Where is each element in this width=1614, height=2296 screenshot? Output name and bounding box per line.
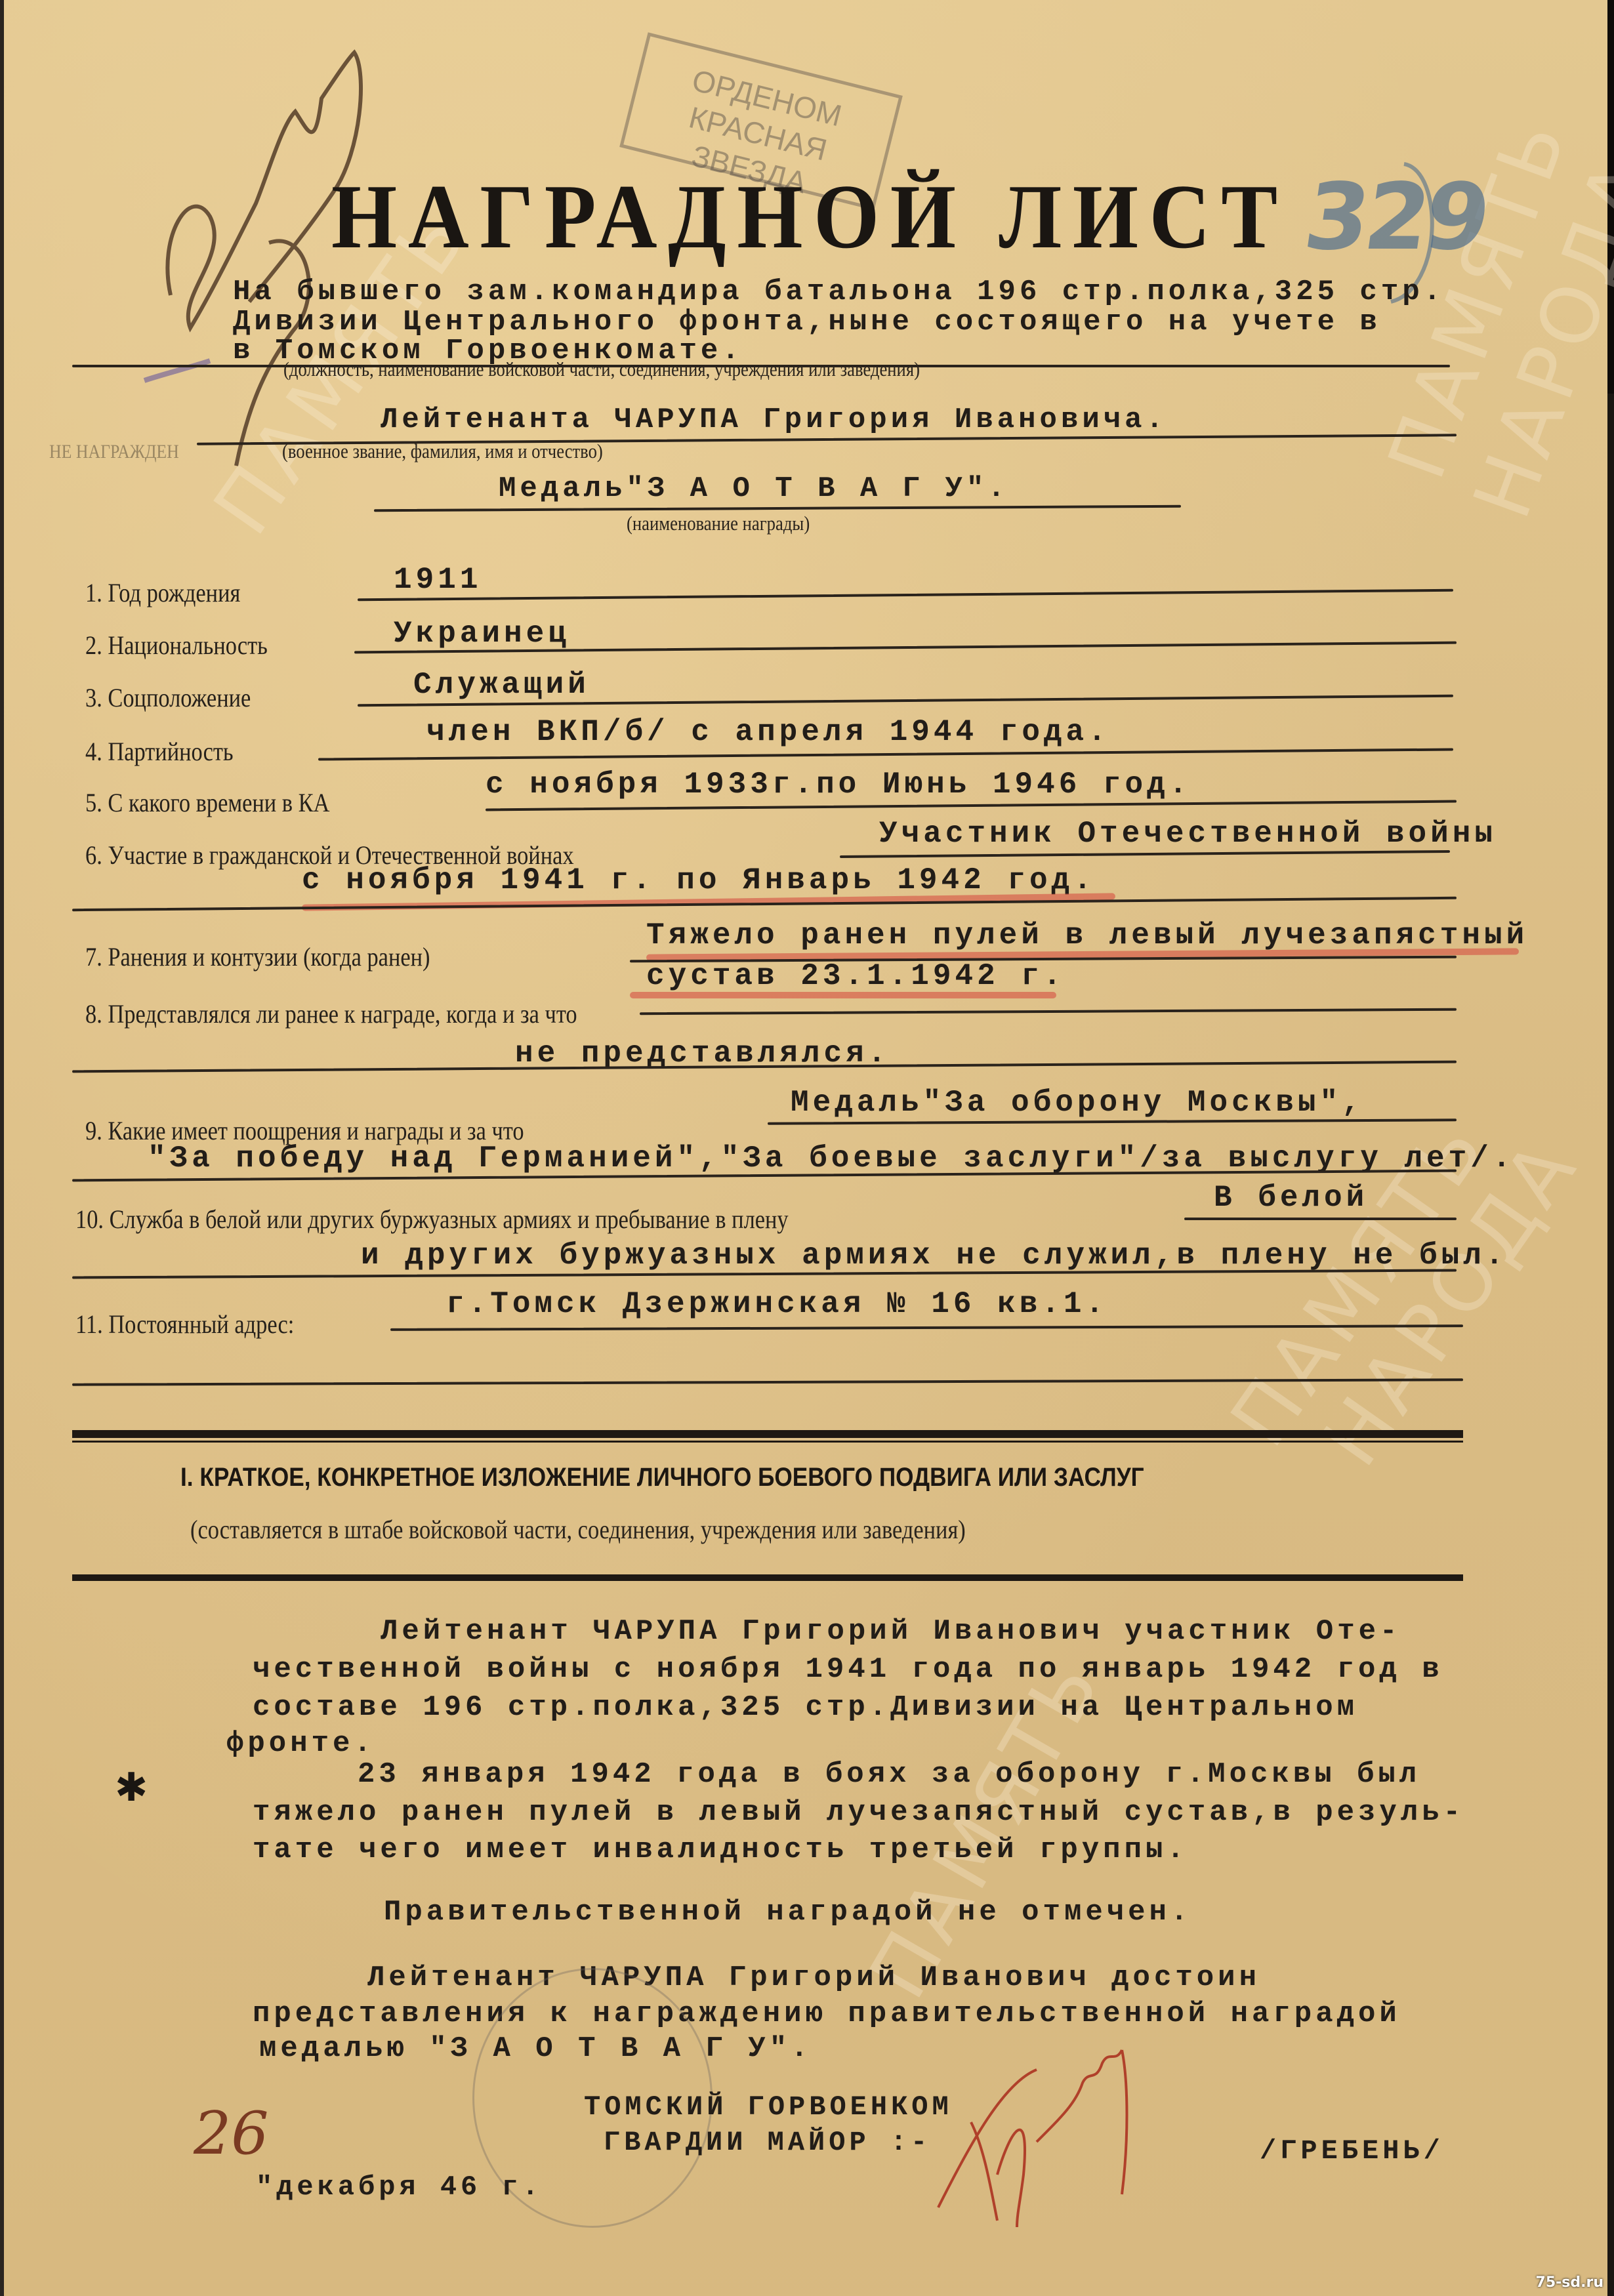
field-label-white-army: 10. Служба в белой или других буржуазных… [75, 1204, 789, 1235]
star-mark-icon: ✱ [115, 1765, 148, 1811]
body-line: Лейтенант ЧАРУПА Григорий Иванович участ… [381, 1615, 1401, 1648]
field-label-service-since: 5. С какого времени в КА [85, 787, 329, 818]
section-heading: I. КРАТКОЕ, КОНКРЕТНОЕ ИЗЛОЖЕНИЕ ЛИЧНОГО… [180, 1463, 1144, 1492]
body-line: тяжело ранен пулей в левый лучезапястный… [253, 1796, 1464, 1829]
red-pencil-underline [630, 992, 1056, 998]
rank-name-value: Лейтенанта ЧАРУПА Григория Ивановича. [381, 403, 1167, 436]
award-name-value: Медаль"З А О Т В А Г У". [499, 472, 1009, 505]
field-label-social-status: 3. Соцположение [85, 682, 251, 713]
date-rest: "декабря 46 г. [256, 2171, 543, 2203]
document-title: НАГРАДНОЙ ЛИСТ [331, 164, 1289, 270]
body-line: составе 196 стр.полка,325 стр.Дивизии на… [253, 1691, 1358, 1724]
field-label-nationality: 2. Национальность [85, 630, 268, 661]
body-line: фронте. [226, 1727, 375, 1760]
field-value-decorations: Медаль"За оборону Москвы", [791, 1086, 1364, 1120]
body-line: представления к награждению правительств… [253, 1998, 1401, 2030]
date-day-handwritten: 26 [194, 2099, 269, 2168]
field-label-previous-awards: 8. Представлялся ли ранее к награде, ког… [85, 998, 577, 1029]
body-line: Лейтенант ЧАРУПА Григорий Иванович досто… [367, 1961, 1260, 1994]
field-value-war-participation: Участник Отечественной войны [879, 817, 1497, 851]
body-line: Правительственной наградой не отмечен. [384, 1896, 1191, 1929]
site-watermark: 75-sd.ru [1536, 2274, 1604, 2291]
field-label-address: 11. Постоянный адрес: [75, 1309, 294, 1340]
faded-margin-text: НЕ НАГРАЖДЕН [49, 441, 179, 463]
field-value-address: г.Томск Дзержинская № 16 кв.1. [446, 1287, 1107, 1321]
field-label-birth-year: 1. Год рождения [85, 577, 240, 608]
field-value-white-army-2: и других буржуазных армиях не служил,в п… [361, 1239, 1507, 1273]
signature-icon [932, 2043, 1325, 2240]
award-name-caption: (наименование награды) [627, 512, 810, 535]
field-value-party: член ВКП/б/ с апреля 1944 года. [426, 715, 1110, 749]
body-line: 23 января 1942 года в боях за оборону г.… [358, 1758, 1420, 1791]
field-value-white-army: В белой [1214, 1181, 1368, 1215]
field-value-war-participation-2: с ноября 1941 г. по Январь 1942 год. [302, 863, 1096, 897]
field-value-wounds: Тяжело ранен пулей в левый лучезапястный [646, 918, 1528, 953]
field-value-wounds-2: сустав 23.1.1942 г. [646, 959, 1066, 993]
field-label-party: 4. Партийность [85, 736, 234, 767]
field-value-service-since: с ноября 1933г.по Июнь 1946 год. [486, 768, 1191, 802]
section-subheading: (составляется в штабе войсковой части, с… [190, 1514, 966, 1545]
header-caption: (должность, наименование войсковой части… [283, 358, 920, 381]
field-value-birth-year: 1911 [394, 563, 482, 597]
header-line: На бывшего зам.командира батальона 196 с… [233, 276, 1445, 308]
field-value-social-status: Служащий [413, 668, 590, 702]
rank-name-caption: (военное звание, фамилия, имя и отчество… [282, 440, 603, 463]
signatory-org: ТОМСКИЙ ГОРВОЕНКОМ [584, 2091, 953, 2123]
signatory-rank: ГВАРДИИ МАЙОР :- [604, 2127, 931, 2158]
field-label-wounds: 7. Ранения и контузии (когда ранен) [85, 941, 430, 972]
body-line: чественной войны с ноября 1941 года по я… [253, 1653, 1443, 1686]
body-line: тате чего имеет инвалидность третьей гру… [253, 1834, 1188, 1866]
field-value-nationality: Украинец [394, 617, 570, 651]
page-edge-left [0, 0, 4, 2296]
header-line: Дивизии Центрального фронта,ныне состоящ… [233, 306, 1381, 338]
